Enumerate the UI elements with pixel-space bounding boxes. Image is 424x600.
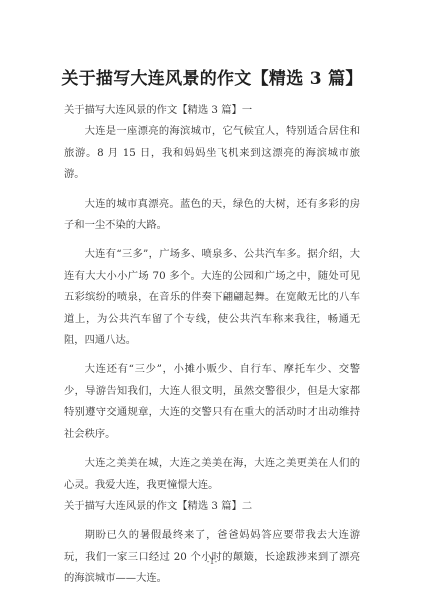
paragraph: 大连之美美在城，大连之美美在海，大连之美更美在人们的心灵。我爱大连，我更憧憬大连…: [64, 453, 360, 496]
document-title: 关于描写大连风景的作文【精选 3 篇】: [0, 64, 424, 89]
paragraph: 大连有“三多”，广场多、喷泉多、公共汽车多。据介绍，大连有大大小小广场 70 多…: [64, 244, 360, 351]
section-heading-1: 关于描写大连风景的作文【精选 3 篇】一: [64, 100, 360, 121]
document-body: 关于描写大连风景的作文【精选 3 篇】一 大连是一座漂亮的海滨城市，它气候宜人，…: [64, 100, 360, 590]
section-heading-2: 关于描写大连风景的作文【精选 3 篇】二: [64, 496, 360, 517]
document-page: 关于描写大连风景的作文【精选 3 篇】 关于描写大连风景的作文【精选 3 篇】一…: [0, 0, 424, 600]
paragraph: 大连的城市真漂亮。蓝色的天，绿色的大树，还有多彩的房子和一尘不染的大路。: [64, 194, 360, 237]
paragraph: 大连还有“三少”，小摊小贩少、自行车、摩托车少、交警少，导游告知我们，大连人很文…: [64, 359, 360, 445]
paragraph: 大连是一座漂亮的海滨城市，它气候宜人，特别适合居住和旅游。8 月 15 日，我和…: [64, 121, 360, 185]
page-number: -1-: [0, 557, 424, 566]
